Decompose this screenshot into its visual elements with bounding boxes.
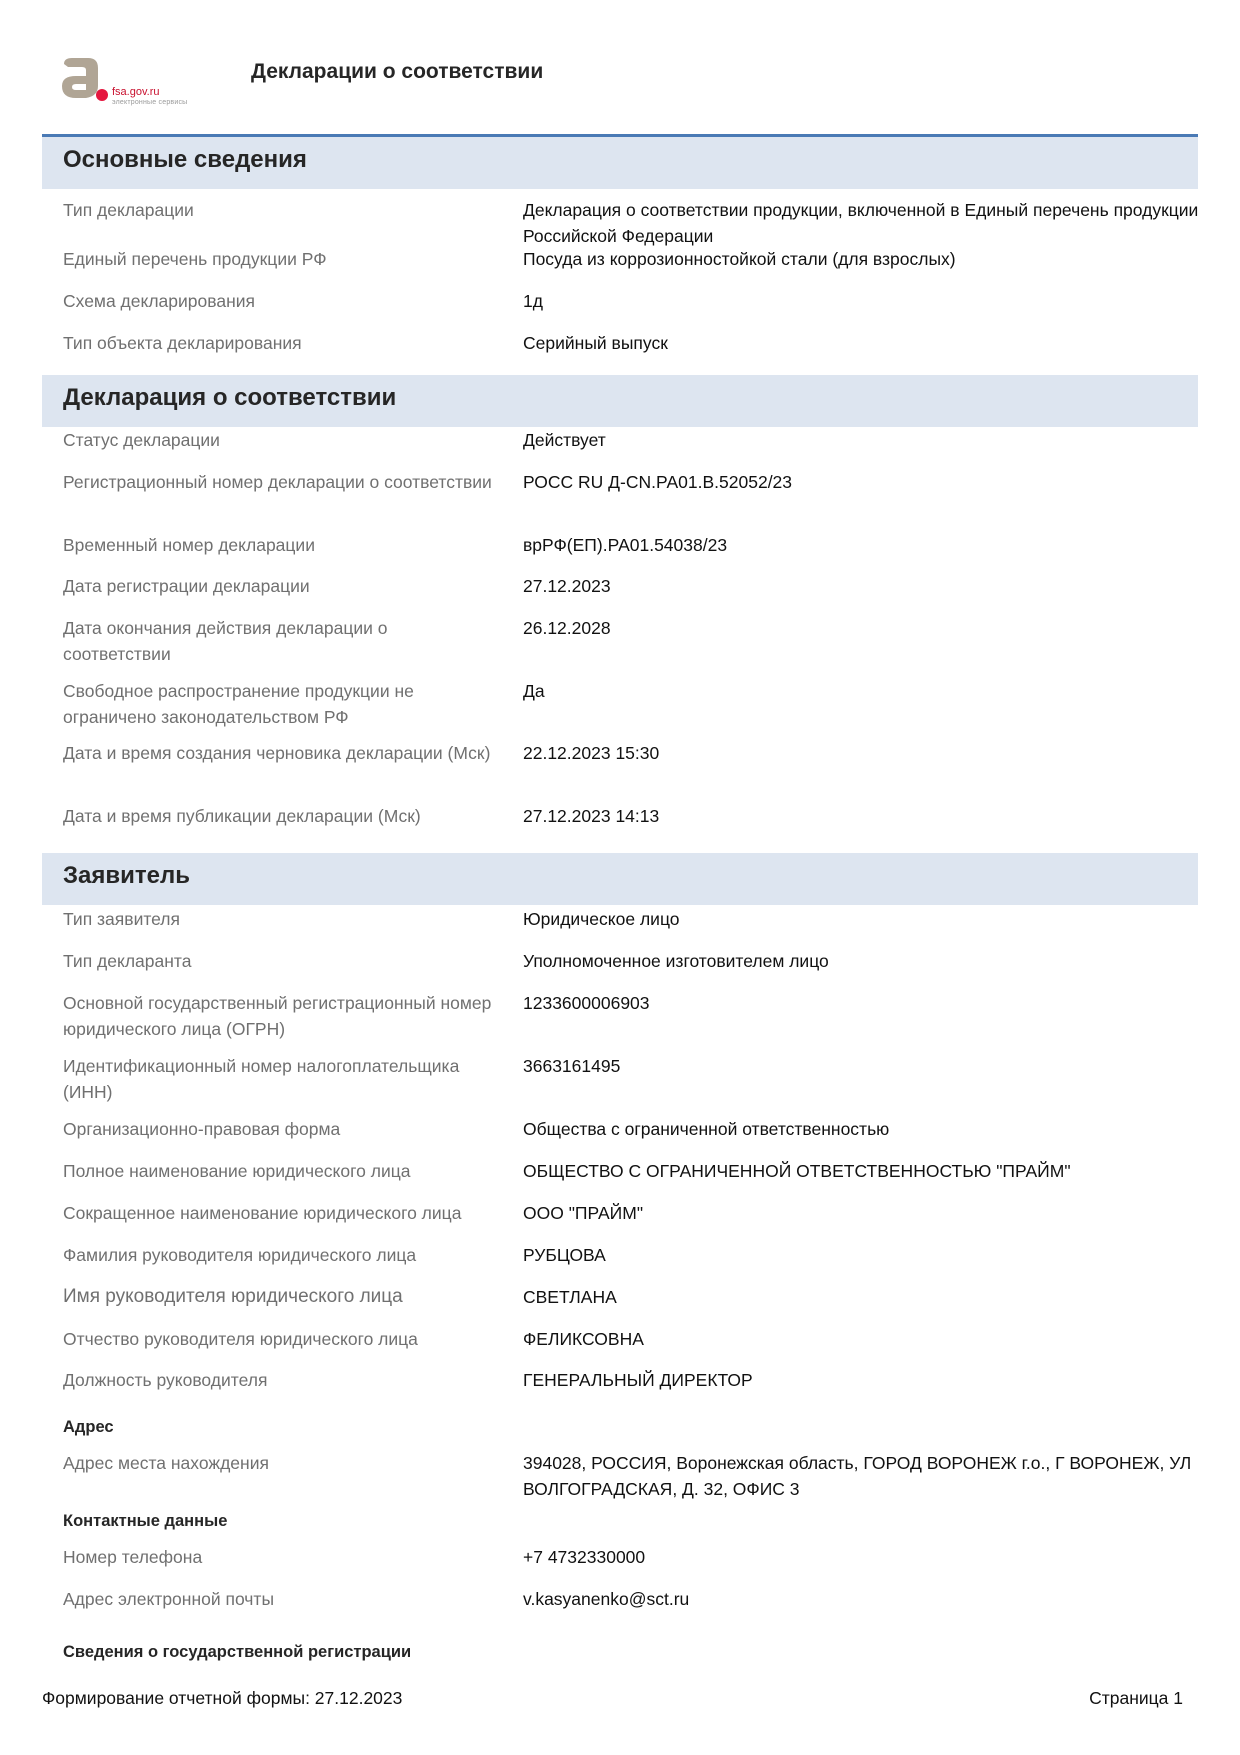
field-label: Фамилия руководителя юридического лица — [63, 1242, 493, 1268]
field-label: Организационно-правовая форма — [63, 1116, 493, 1142]
field-value: 1233600006903 — [523, 990, 1203, 1016]
field-label: Временный номер декларации — [63, 532, 493, 558]
field-value: 27.12.2023 — [523, 573, 1203, 599]
field-value: Да — [523, 678, 1203, 704]
field-value: 394028, РОССИЯ, Воронежская область, ГОР… — [523, 1450, 1203, 1502]
field-label: Дата и время создания черновика декларац… — [63, 740, 493, 766]
section-title: Основные сведения — [63, 146, 307, 174]
field-value: 1д — [523, 288, 1203, 314]
field-label: Сокращенное наименование юридического ли… — [63, 1200, 493, 1226]
field-label: Отчество руководителя юридического лица — [63, 1326, 493, 1352]
field-value: ГЕНЕРАЛЬНЫЙ ДИРЕКТОР — [523, 1367, 1203, 1393]
field-value: ОБЩЕСТВО С ОГРАНИЧЕННОЙ ОТВЕТСТВЕННОСТЬЮ… — [523, 1158, 1203, 1184]
field-value: врРФ(ЕП).РА01.54038/23 — [523, 532, 1203, 558]
field-label: Тип заявителя — [63, 906, 493, 932]
field-label: Тип декларанта — [63, 948, 493, 974]
field-value: РУБЦОВА — [523, 1242, 1203, 1268]
field-value: Общества с ограниченной ответственностью — [523, 1116, 1203, 1142]
report-generated-date: Формирование отчетной формы: 27.12.2023 — [42, 1688, 402, 1709]
section-basic-header: Основные сведения — [42, 137, 1198, 189]
contacts-subheading: Контактные данные — [63, 1512, 227, 1531]
field-value: Декларация о соответствии продукции, вкл… — [523, 197, 1203, 249]
section-declaration-header: Декларация о соответствии — [42, 375, 1198, 427]
field-label: Адрес места нахождения — [63, 1450, 493, 1476]
phone-value: +7 4732330000 — [523, 1544, 1203, 1570]
field-value: 22.12.2023 15:30 — [523, 740, 1203, 766]
logo-dot-icon — [96, 89, 108, 101]
field-label: Тип декларации — [63, 197, 493, 223]
field-value: СВЕТЛАНА — [523, 1284, 1203, 1310]
field-label: Схема декларирования — [63, 288, 493, 314]
field-value: ООО "ПРАЙМ" — [523, 1200, 1203, 1226]
field-label: Единый перечень продукции РФ — [63, 246, 493, 272]
field-label: Статус декларации — [63, 427, 493, 453]
field-label: Регистрационный номер декларации о соотв… — [63, 469, 493, 495]
address-subheading: Адрес — [63, 1418, 114, 1437]
field-value: РОСС RU Д-CN.РА01.В.52052/23 — [523, 469, 1203, 495]
page-header: fsa.gov.ru электронные сервисы Деклараци… — [0, 0, 1240, 140]
field-label: Идентификационный номер налогоплательщик… — [63, 1053, 493, 1105]
field-value: Уполномоченное изготовителем лицо — [523, 948, 1203, 974]
field-label: Должность руководителя — [63, 1367, 493, 1393]
logo-domain: fsa.gov.ru — [112, 86, 160, 98]
field-label: Дата окончания действия декларации о соо… — [63, 615, 493, 667]
field-label: Тип объекта декларирования — [63, 330, 493, 356]
logo-subtitle: электронные сервисы — [112, 99, 187, 106]
field-value: 3663161495 — [523, 1053, 1203, 1079]
field-value: 27.12.2023 14:13 — [523, 803, 1203, 829]
field-label: Полное наименование юридического лица — [63, 1158, 493, 1184]
section-title: Декларация о соответствии — [63, 384, 396, 412]
field-label: Адрес электронной почты — [63, 1586, 493, 1612]
field-value: Серийный выпуск — [523, 330, 1203, 356]
field-label: Основной государственный регистрационный… — [63, 990, 493, 1042]
section-title: Заявитель — [63, 862, 190, 890]
field-value: Посуда из коррозионностойкой стали (для … — [523, 246, 1203, 272]
status-value: Действует — [523, 427, 1203, 453]
field-value: Юридическое лицо — [523, 906, 1203, 932]
section-applicant-header: Заявитель — [42, 853, 1198, 905]
field-value: ФЕЛИКСОВНА — [523, 1326, 1203, 1352]
field-label: Дата и время публикации декларации (Мск) — [63, 803, 493, 829]
field-label: Имя руководителя юридического лица — [63, 1284, 493, 1310]
page-title: Декларации о соответствии — [251, 60, 543, 84]
field-value: 26.12.2028 — [523, 615, 1203, 641]
fsa-logo: fsa.gov.ru электронные сервисы — [58, 56, 208, 112]
field-label: Дата регистрации декларации — [63, 573, 493, 599]
state-registration-subheading: Сведения о государственной регистрации — [63, 1643, 411, 1662]
email-value: v.kasyanenko@sct.ru — [523, 1586, 1203, 1612]
page-number: Страница 1 — [1089, 1688, 1183, 1709]
field-label: Номер телефона — [63, 1544, 493, 1570]
field-label: Свободное распространение продукции не о… — [63, 678, 493, 730]
